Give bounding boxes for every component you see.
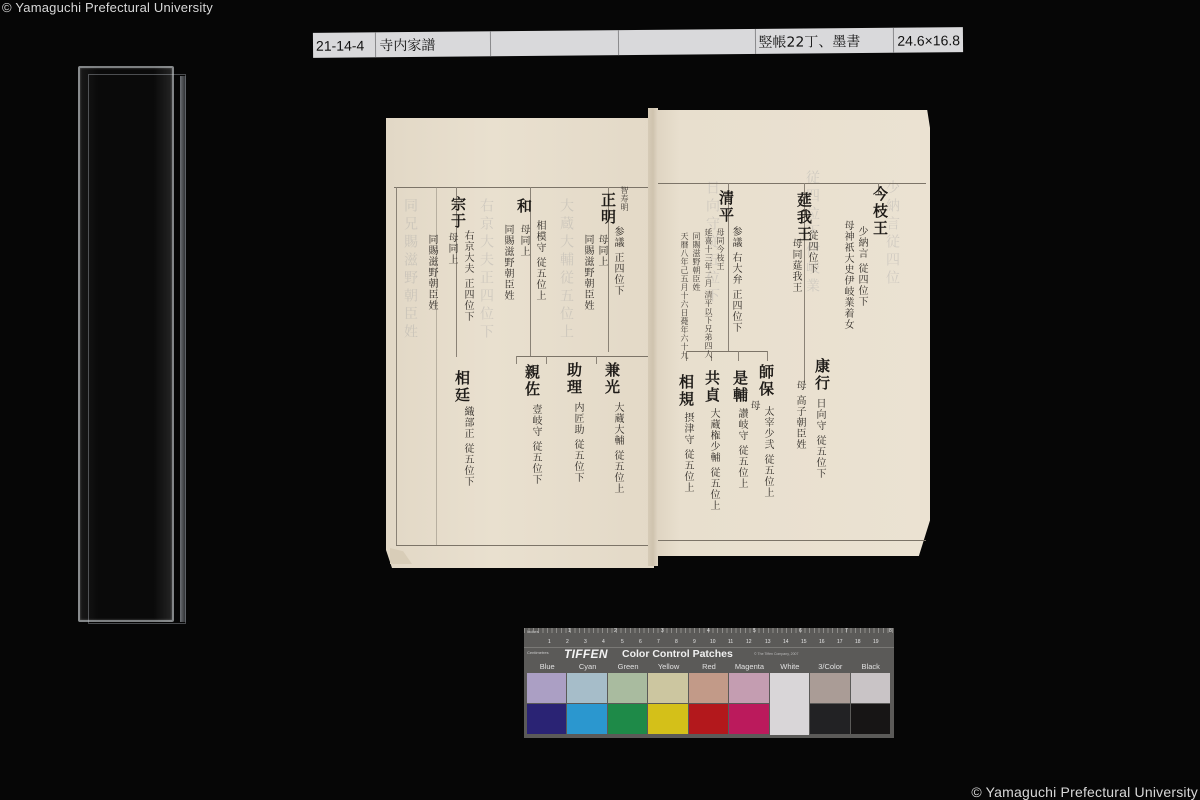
ruler-cm-tick: 10 bbox=[710, 639, 716, 645]
catalog-label: 21-14-4 寺内家譜 竪帳22丁、墨書 24.6×16.8 bbox=[313, 27, 963, 58]
patch-label: Red bbox=[689, 662, 729, 671]
glass-weight bbox=[78, 66, 174, 622]
ruler-cm-tick: 19 bbox=[873, 639, 879, 645]
ruler-cm-tick: 4 bbox=[602, 639, 605, 645]
genealogy-note: 母同上 bbox=[518, 224, 528, 257]
genealogy-note: 讃岐守 従五位上 bbox=[736, 408, 746, 489]
patch-label: White bbox=[770, 662, 810, 671]
color-patch-red-light bbox=[689, 673, 728, 703]
genealogy-note: 参議 右大弁 正四位下 bbox=[730, 226, 740, 333]
ruler-inch-tick: 8 bbox=[889, 628, 892, 634]
genealogy-name: 助理 bbox=[566, 362, 581, 396]
genealogy-note: 摂津守 従五位上 bbox=[682, 412, 692, 493]
ruler-inch-tick: 3 bbox=[661, 628, 664, 634]
patch-label: Black bbox=[851, 662, 891, 671]
color-patch-yellow-dark bbox=[648, 704, 687, 734]
ruler-cm-tick: 18 bbox=[855, 639, 861, 645]
genealogy-name: 兼光 bbox=[604, 362, 619, 396]
genealogy-note: 母同今枝王 bbox=[716, 228, 724, 271]
genealogy-note: 従四位下 bbox=[806, 230, 816, 274]
genealogy-note: 相模守 従五位上 bbox=[534, 220, 544, 301]
ruler-cm-tick: 12 bbox=[746, 639, 752, 645]
color-patch-black-light bbox=[851, 673, 890, 703]
right-page: 日向守従五位下 従四位下伊岐業 少納言従四位 bbox=[652, 110, 930, 556]
catalog-blank-field bbox=[619, 29, 756, 55]
ruler-inch-tick: 2 bbox=[614, 628, 617, 634]
genealogy-name: 清平 bbox=[718, 190, 733, 224]
color-patch-cyan-dark bbox=[567, 704, 606, 734]
ruler-cm-tick: 13 bbox=[765, 639, 771, 645]
ruler: Inches 1 2 3 4 5 6 7 8 1 2 3 4 5 6 7 8 9… bbox=[524, 628, 894, 648]
genealogy-name: 親佐 bbox=[524, 364, 539, 398]
patch-label: Magenta bbox=[729, 662, 769, 671]
genealogy-name: 今枝王 bbox=[872, 186, 887, 237]
genealogy-note: 同賜滋野朝臣姓 bbox=[426, 234, 436, 311]
ruler-cm-tick: 3 bbox=[584, 639, 587, 645]
ruler-cm-tick: 8 bbox=[675, 639, 678, 645]
ruler-cm-tick: 14 bbox=[783, 639, 789, 645]
ruler-cm-tick: 17 bbox=[837, 639, 843, 645]
chart-title: Color Control Patches bbox=[622, 648, 733, 660]
genealogy-note: 母 高子朝臣姓 bbox=[794, 380, 804, 450]
catalog-id: 21-14-4 bbox=[313, 32, 377, 58]
genealogy-note: 同賜滋野朝臣姓 bbox=[692, 232, 700, 292]
genealogy-note: 天暦八年己五月十六日薨年六十九 bbox=[680, 232, 688, 360]
glass-weight-inner-edge bbox=[88, 74, 186, 624]
genealogy-name: 是輔 bbox=[732, 370, 747, 404]
ruler-cm-tick: 6 bbox=[639, 639, 642, 645]
patch-label: Blue bbox=[527, 662, 567, 671]
patch-label: Yellow bbox=[648, 662, 688, 671]
frame-bottom-rule bbox=[396, 545, 648, 546]
color-patch-magenta-dark bbox=[729, 704, 768, 734]
book-gutter bbox=[648, 108, 658, 566]
ruler-cm-tick: 16 bbox=[819, 639, 825, 645]
left-page: 同兄賜滋野朝臣姓 右京大夫正四位下 大蔵大輔従五位上 bbox=[386, 118, 654, 568]
ruler-inch-tick: 5 bbox=[753, 628, 756, 634]
copyright-watermark-top: © Yamaguchi Prefectural University bbox=[2, 0, 213, 15]
color-patch-3color-light bbox=[810, 673, 849, 703]
catalog-description: 竪帳22丁、墨書 bbox=[755, 28, 894, 54]
genealogy-note: 壹岐守 従五位下 bbox=[530, 404, 540, 485]
ruler-inch-tick: 1 bbox=[568, 628, 571, 634]
genealogy-note: 少納言 従四位下 bbox=[856, 226, 866, 307]
frame-top-rule bbox=[394, 187, 648, 188]
color-patch-blue-light bbox=[527, 673, 566, 703]
color-patch-blue-dark bbox=[527, 704, 566, 734]
genealogy-name: 正明 bbox=[600, 192, 615, 226]
genealogy-note: 母神祇大史伊岐業着女 bbox=[842, 220, 852, 330]
ruler-inches-label: Inches bbox=[527, 629, 539, 634]
lineage-line bbox=[596, 356, 597, 364]
ruler-cm-tick: 2 bbox=[566, 639, 569, 645]
lineage-line bbox=[546, 356, 547, 364]
genealogy-note: 延喜十三年二月 清平以下兄弟四人 bbox=[704, 228, 712, 359]
catalog-title: 寺内家譜 bbox=[376, 31, 491, 57]
bleed-through-text: 同兄賜滋野朝臣姓 bbox=[400, 198, 420, 518]
genealogy-name: 康行 bbox=[814, 358, 829, 392]
color-patch-black-dark bbox=[851, 704, 890, 734]
color-patch-yellow-light bbox=[648, 673, 687, 703]
frame-top-rule bbox=[658, 183, 926, 184]
ruler-cm-tick: 11 bbox=[728, 639, 733, 645]
color-patches bbox=[527, 673, 891, 735]
genealogy-note: 太宰少弐 従五位上 bbox=[762, 406, 772, 498]
genealogy-note: 同賜滋野朝臣姓 bbox=[502, 224, 512, 301]
ruler-inch-tick: 7 bbox=[845, 628, 848, 634]
lineage-branch bbox=[516, 356, 648, 357]
color-patch-green-dark bbox=[608, 704, 647, 734]
tiffen-color-chart: Inches 1 2 3 4 5 6 7 8 1 2 3 4 5 6 7 8 9… bbox=[524, 628, 894, 738]
lineage-branch bbox=[686, 351, 768, 352]
genealogy-note: 日向守 従五位下 bbox=[814, 398, 824, 479]
frame-bottom-rule bbox=[658, 540, 926, 541]
catalog-blank-field bbox=[491, 30, 619, 56]
genealogy-name: 共貞 bbox=[704, 370, 719, 404]
color-patch-magenta-light bbox=[729, 673, 768, 703]
genealogy-name: 相廷 bbox=[454, 370, 469, 404]
ruler-cm-tick: 15 bbox=[801, 639, 807, 645]
copyright-watermark-bottom: © Yamaguchi Prefectural University bbox=[971, 784, 1198, 800]
genealogy-note: 大蔵権少輔 従五位上 bbox=[708, 408, 718, 511]
patch-label: Green bbox=[608, 662, 648, 671]
catalog-dimensions: 24.6×16.8 bbox=[894, 27, 963, 53]
genealogy-note: 母 bbox=[748, 400, 758, 411]
genealogy-name: 師保 bbox=[758, 364, 773, 398]
glass-weight-side bbox=[180, 76, 186, 622]
lineage-line bbox=[516, 356, 517, 364]
genealogy-note: 母同莚我王 bbox=[790, 238, 800, 293]
color-patch-red-dark bbox=[689, 704, 728, 734]
genealogy-note: 右京大夫 正四位下 bbox=[462, 230, 472, 322]
bleed-through-text: 右京大夫正四位下 bbox=[476, 198, 496, 518]
genealogy-note: 智寿明 bbox=[620, 186, 628, 212]
color-patch-cyan-light bbox=[567, 673, 606, 703]
lineage-line bbox=[738, 351, 739, 361]
ruler-inch-tick: 6 bbox=[799, 628, 802, 634]
ruler-cm-tick: 5 bbox=[621, 639, 624, 645]
patch-labels: Blue Cyan Green Yellow Red Magenta White… bbox=[527, 662, 891, 671]
open-genealogy-book: 同兄賜滋野朝臣姓 右京大夫正四位下 大蔵大輔従五位上 日向守従五位下 従四位下伊… bbox=[386, 108, 930, 562]
color-patch-green-light bbox=[608, 673, 647, 703]
genealogy-note: 母同上 bbox=[596, 234, 606, 267]
genealogy-note: 大蔵大輔 従五位上 bbox=[612, 402, 622, 494]
genealogy-name: 宗于 bbox=[450, 196, 465, 230]
genealogy-name: 相規 bbox=[678, 374, 693, 408]
tiffen-logo: TIFFEN bbox=[564, 647, 608, 661]
genealogy-note: 同賜滋野朝臣姓 bbox=[582, 234, 592, 311]
genealogy-name: 和 bbox=[516, 198, 531, 215]
color-patch-white bbox=[770, 673, 809, 735]
ruler-centimetres-label: Centimetres bbox=[527, 650, 549, 655]
ruler-cm-tick: 9 bbox=[693, 639, 696, 645]
lineage-line bbox=[767, 351, 768, 361]
color-patch-3color-dark bbox=[810, 704, 849, 734]
genealogy-note: 参議 正四位下 bbox=[612, 226, 622, 296]
genealogy-note: 母同上 bbox=[446, 232, 456, 265]
patch-label: 3/Color bbox=[810, 662, 850, 671]
ruler-inch-tick: 4 bbox=[707, 628, 710, 634]
chart-copyright: © The Tiffen Company, 2007 bbox=[754, 652, 798, 656]
ruler-cm-tick: 7 bbox=[657, 639, 660, 645]
ruler-cm-tick: 1 bbox=[548, 639, 551, 645]
frame-left-rule bbox=[396, 187, 397, 545]
genealogy-note: 織部正 従五位下 bbox=[462, 406, 472, 487]
patch-label: Cyan bbox=[567, 662, 607, 671]
genealogy-note: 内匠助 従五位下 bbox=[572, 402, 582, 483]
